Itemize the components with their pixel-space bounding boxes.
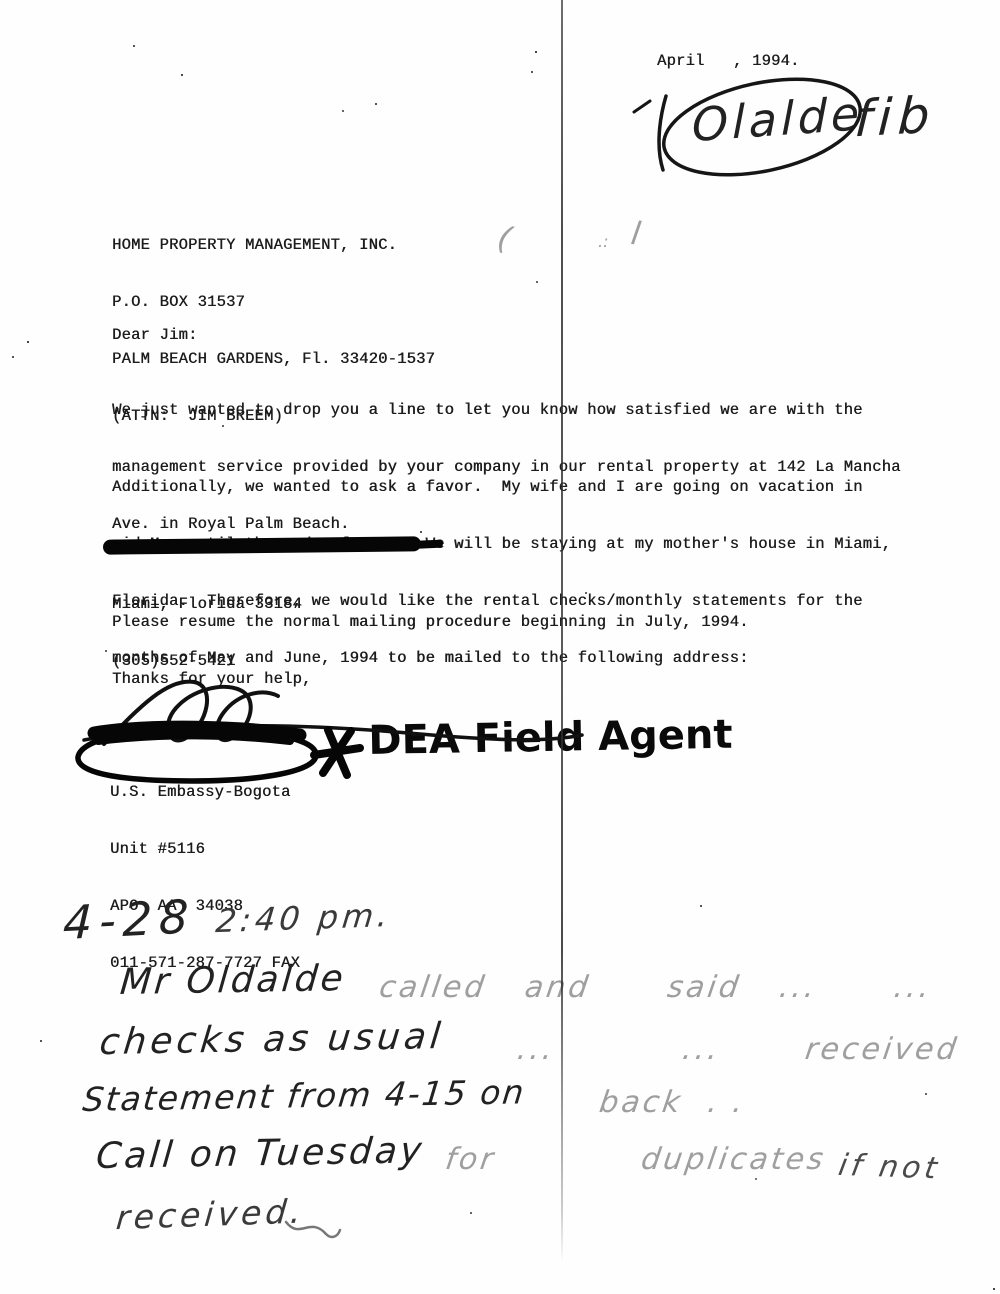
note-date: 4-28 — [62, 889, 196, 950]
faint-pen-mark: l — [629, 214, 643, 253]
faint-pen-mark: ( — [494, 218, 515, 258]
asterisk-icon — [314, 730, 360, 775]
forward-phone-line: (305)552-5421 — [112, 652, 302, 671]
body-line: Additionally, we wanted to ask a favor. … — [112, 478, 891, 497]
note-time: 2:40 pm. — [214, 896, 394, 940]
name-scribble-stroke — [98, 735, 290, 741]
asterisk-stroke — [323, 731, 351, 773]
resume-mailing-line: Please resume the normal mailing procedu… — [112, 613, 749, 632]
faint-pen-dots: .: — [598, 232, 608, 251]
date-line: April , 1994. — [657, 52, 800, 71]
pen-tick-stroke — [634, 101, 650, 112]
scan-specks — [0, 0, 2, 2]
note-statement: Statement from 4-15 on — [81, 1072, 528, 1119]
note-caller-faint: called and said ... ... — [377, 970, 934, 1005]
note-checks: checks as usual — [98, 1016, 447, 1063]
scan-fold-line — [561, 0, 563, 1263]
asterisk-stroke — [314, 748, 360, 755]
note-call-tuesday: Call on Tuesday — [94, 1130, 426, 1177]
sender-line: U.S. Embassy-Bogota — [110, 783, 300, 802]
olalde-fib-note: fib — [853, 86, 937, 148]
asterisk-stroke — [328, 730, 347, 775]
dea-field-agent-note: DEA Field Agent — [368, 712, 733, 764]
salutation: Dear Jim: — [112, 326, 198, 345]
note-caller: Mr Oldalde — [118, 958, 347, 1003]
sender-line: Unit #5116 — [110, 840, 300, 859]
name-scribble-stroke — [94, 727, 300, 735]
olalde-handwritten-name: Olalde — [692, 86, 863, 152]
closing-line: Thanks for your help, — [112, 670, 312, 689]
pen-slash-stroke — [659, 96, 666, 170]
note-call-faint: for duplicates — [443, 1142, 828, 1177]
body-line: We just wanted to drop you a line to let… — [112, 401, 901, 420]
recipient-line: P.O. BOX 31537 — [112, 293, 435, 312]
forward-city-line: Miami, Florida 33184 — [112, 595, 302, 614]
note-if-not: if not — [836, 1148, 944, 1186]
note-statement-faint: back . . — [597, 1085, 748, 1120]
note-received: received. — [115, 1191, 307, 1237]
recipient-line: HOME PROPERTY MANAGEMENT, INC. — [112, 236, 435, 255]
scanned-letter-page: April , 1994. Olalde fib HOME PROPERTY M… — [0, 0, 1000, 1294]
note-checks-faint: ... ... received — [515, 1032, 961, 1067]
